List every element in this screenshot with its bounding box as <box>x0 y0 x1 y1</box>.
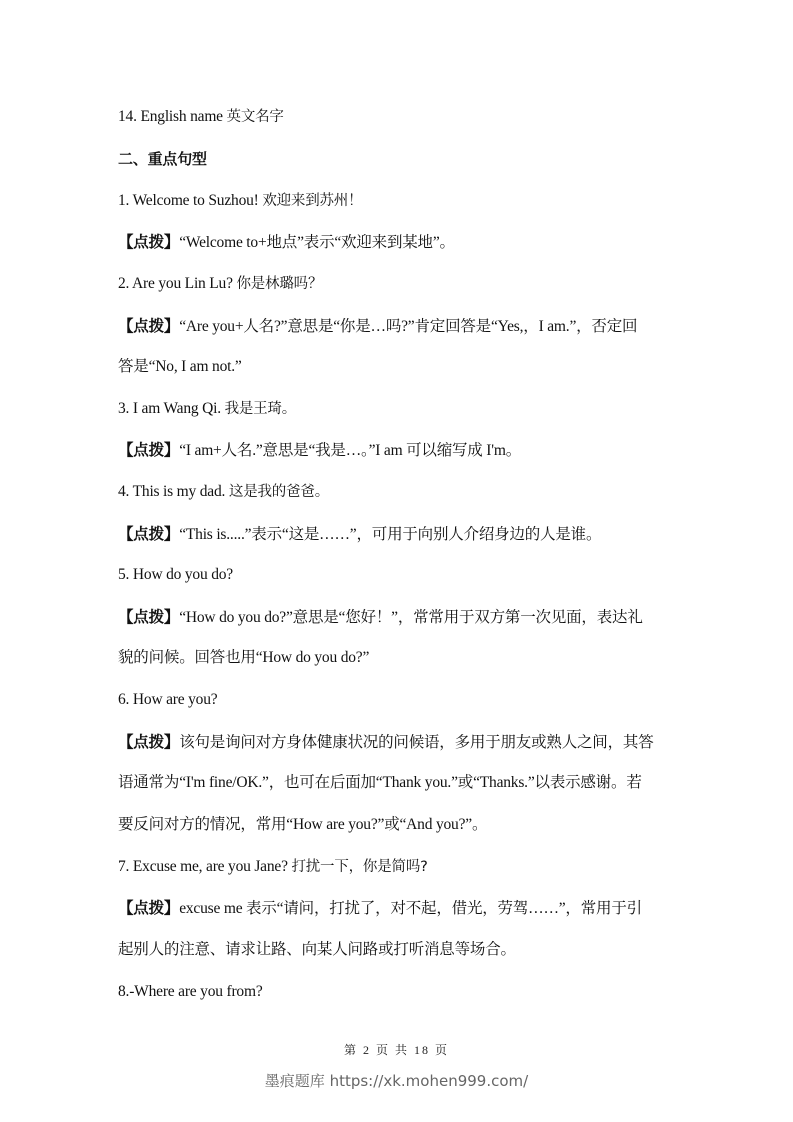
body-text: “Are you+人名?”意思是“你是…吗?”肯定回答是“Yes,，I am.”… <box>179 318 637 335</box>
document-page: 14. English name 英文名字二、重点句型1. Welcome to… <box>0 0 793 1122</box>
text-line: 4. This is my dad. 这是我的爸爸。 <box>118 482 329 502</box>
page-number: 第 2 页 共 18 页 <box>0 1041 793 1058</box>
english-sentence: 8.-Where are you from? <box>118 983 263 1000</box>
tip-line: 【点拨】该句是询问对方身体健康状况的问候语，多用于朋友或熟人之间，其答 <box>118 732 654 753</box>
english-sentence: 7. Excuse me, are you Jane? <box>118 858 291 875</box>
text-line: 1. Welcome to Suzhou! 欢迎来到苏州！ <box>118 191 362 211</box>
body-text: excuse me 表示“请问，打扰了，对不起，借光，劳驾……”，常用于引 <box>179 900 642 917</box>
tip-line: 【点拨】excuse me 表示“请问，打扰了，对不起，借光，劳驾……”，常用于… <box>118 898 642 919</box>
text-line: 语通常为“I'm fine/OK.”，也可在后面加“Thank you.”或“T… <box>118 773 642 793</box>
tip-line: 【点拨】“This is.....”表示“这是……”，可用于向别人介绍身边的人是… <box>118 524 601 545</box>
english-sentence: 14. English name <box>118 108 227 125</box>
chinese-translation: 你是林璐吗？ <box>236 276 322 292</box>
english-sentence: 2. Are you Lin Lu? <box>118 275 236 292</box>
text-line: 5. How do you do? <box>118 565 233 585</box>
tip-line: 【点拨】“I am+人名.”意思是“我是…。”I am 可以缩写成 I'm。 <box>118 440 521 461</box>
text-line: 2. Are you Lin Lu? 你是林璐吗？ <box>118 274 322 294</box>
tip-line: 【点拨】“How do you do?”意思是“您好！”，常常用于双方第一次见面… <box>118 607 643 628</box>
tip-label: 【点拨】 <box>118 733 179 751</box>
body-text: 该句是询问对方身体健康状况的问候语，多用于朋友或熟人之间，其答 <box>179 734 653 751</box>
text-line: 3. I am Wang Qi. 我是王琦。 <box>118 399 296 419</box>
body-text: 貌的问候。回答也用“How do you do?” <box>118 649 369 666</box>
text-line: 7. Excuse me, are you Jane? 打扰一下，你是简吗? <box>118 857 428 877</box>
tip-label: 【点拨】 <box>118 608 179 626</box>
text-line: 要反问对方的情况，常用“How are you?”或“And you?”。 <box>118 815 487 835</box>
section-heading: 二、重点句型 <box>118 149 207 169</box>
text-line: 8.-Where are you from? <box>118 982 263 1002</box>
english-sentence: 3. I am Wang Qi. <box>118 400 225 417</box>
tip-label: 【点拨】 <box>118 233 179 251</box>
body-text: 要反问对方的情况，常用“How are you?”或“And you?”。 <box>118 816 487 833</box>
chinese-translation: 英文名字 <box>227 109 284 125</box>
body-text: “How do you do?”意思是“您好！”，常常用于双方第一次见面，表达礼 <box>179 609 642 626</box>
chinese-translation: 欢迎来到苏州！ <box>262 193 362 209</box>
text-line: 貌的问候。回答也用“How do you do?” <box>118 648 369 668</box>
text-line: 14. English name 英文名字 <box>118 107 284 127</box>
tip-line: 【点拨】“Welcome to+地点”表示“欢迎来到某地”。 <box>118 232 455 253</box>
body-text: “I am+人名.”意思是“我是…。”I am 可以缩写成 I'm。 <box>179 442 521 459</box>
english-sentence: 1. Welcome to Suzhou! <box>118 192 262 209</box>
chinese-translation: 我是王琦。 <box>225 401 297 417</box>
watermark: 墨痕题库 https://xk.mohen999.com/ <box>0 1070 793 1091</box>
body-text: “This is.....”表示“这是……”，可用于向别人介绍身边的人是谁。 <box>179 526 601 543</box>
english-sentence: 6. How are you? <box>118 691 217 708</box>
english-sentence: 5. How do you do? <box>118 566 233 583</box>
body-text: “Welcome to+地点”表示“欢迎来到某地”。 <box>179 234 455 251</box>
text-line: 答是“No, I am not.” <box>118 357 242 377</box>
body-text: 语通常为“I'm fine/OK.”，也可在后面加“Thank you.”或“T… <box>118 774 642 791</box>
body-text: 起别人的注意、请求让路、向某人问路或打听消息等场合。 <box>118 941 516 958</box>
text-line: 起别人的注意、请求让路、向某人问路或打听消息等场合。 <box>118 940 516 960</box>
tip-label: 【点拨】 <box>118 317 179 335</box>
tip-line: 【点拨】“Are you+人名?”意思是“你是…吗?”肯定回答是“Yes,，I … <box>118 316 637 337</box>
chinese-translation: 打扰一下，你是简吗? <box>291 859 427 875</box>
body-text: 答是“No, I am not.” <box>118 358 242 375</box>
tip-label: 【点拨】 <box>118 441 179 459</box>
chinese-translation: 这是我的爸爸。 <box>229 484 329 500</box>
tip-label: 【点拨】 <box>118 525 179 543</box>
text-line: 6. How are you? <box>118 690 217 710</box>
heading-text: 二、重点句型 <box>118 150 207 168</box>
tip-label: 【点拨】 <box>118 899 179 917</box>
english-sentence: 4. This is my dad. <box>118 483 229 500</box>
